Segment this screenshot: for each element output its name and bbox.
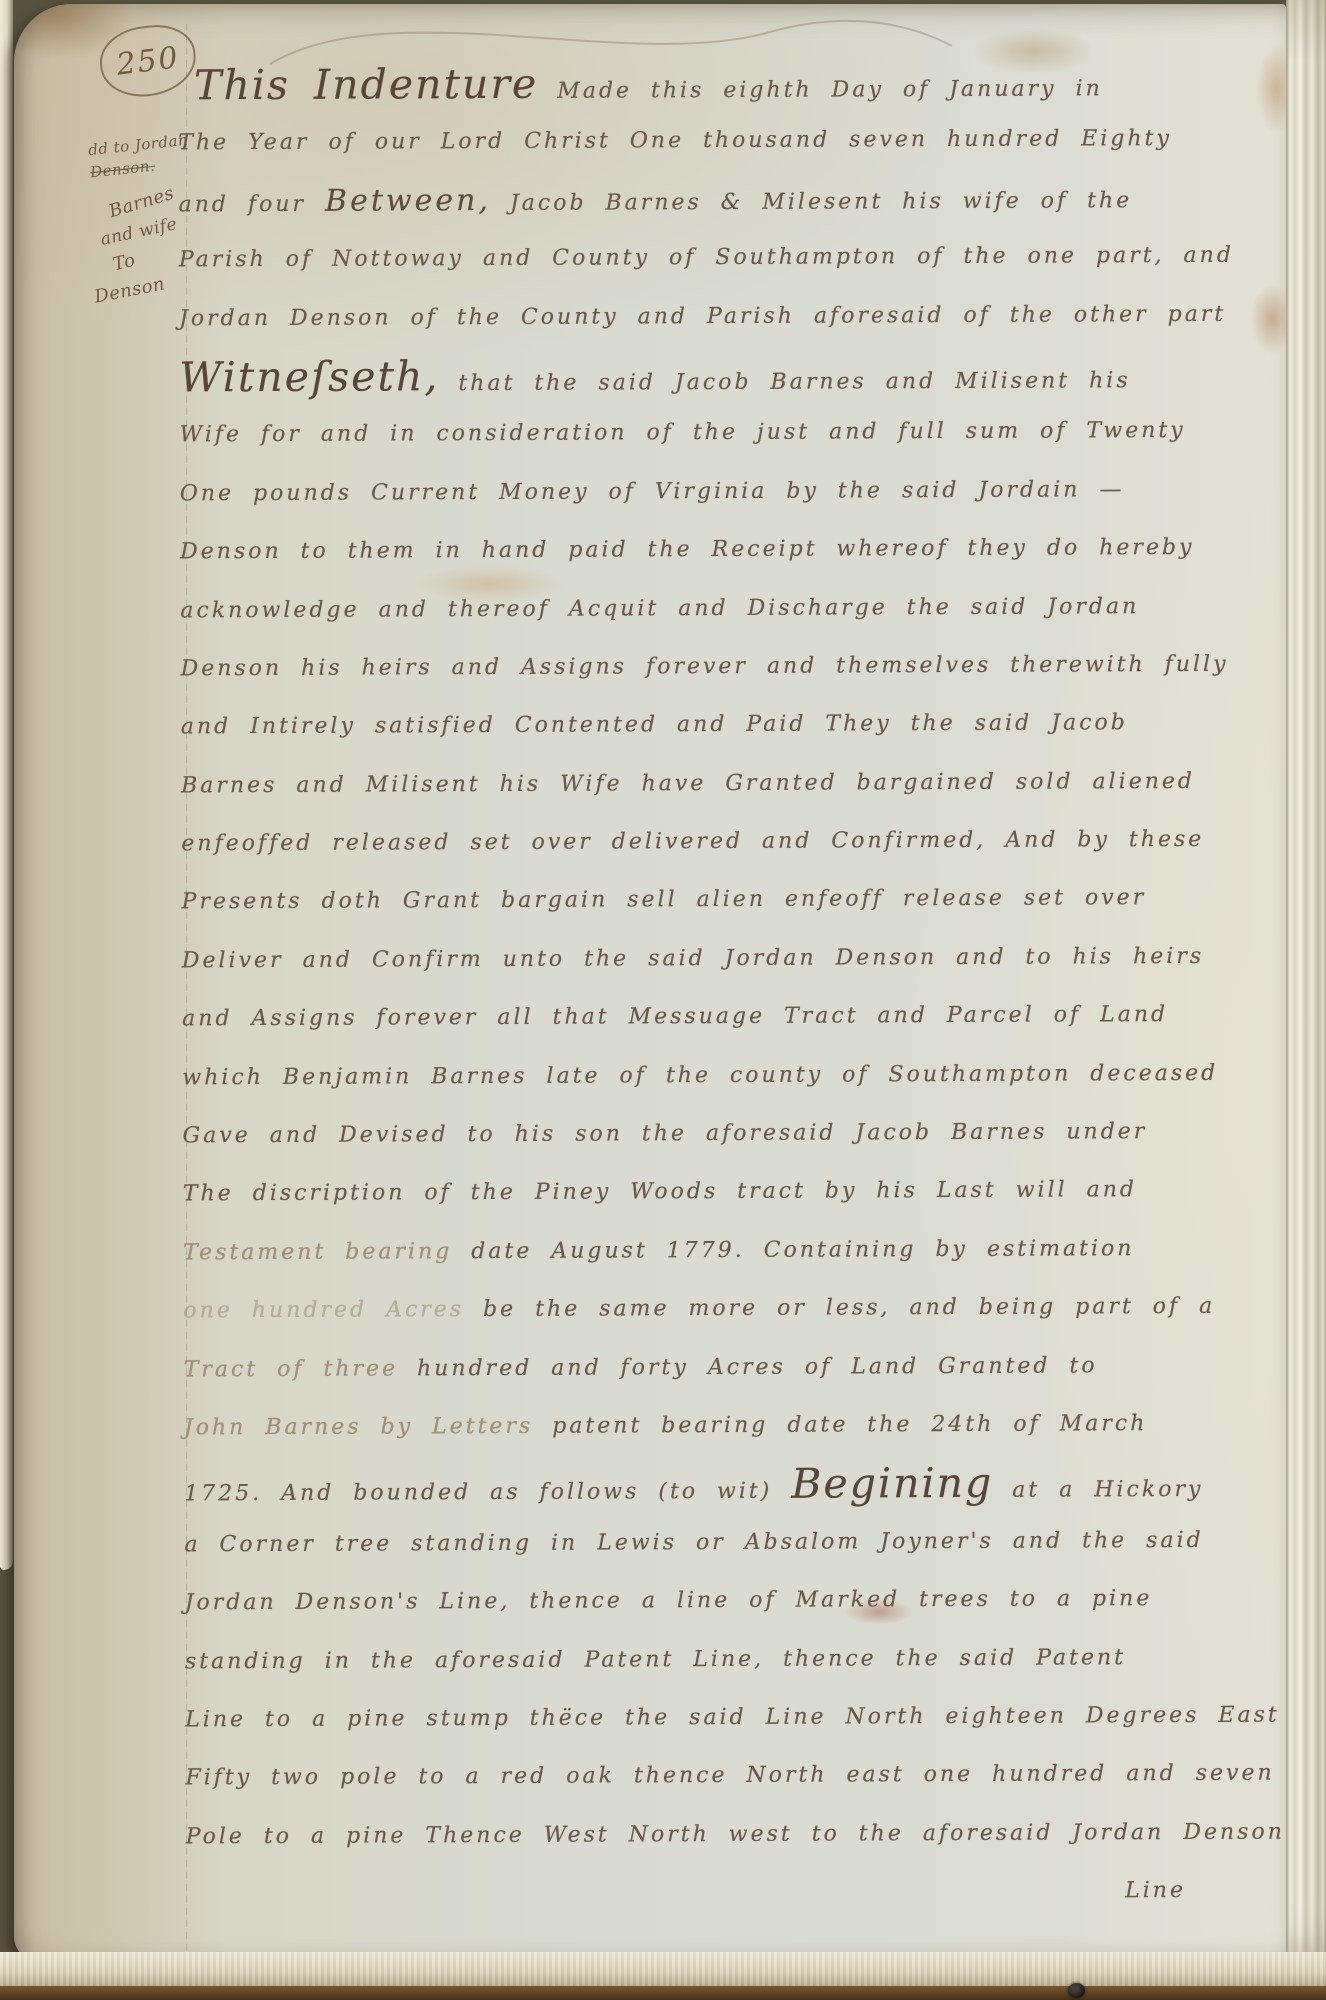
line-segment: which Benjamin Barnes late of the county… xyxy=(182,1060,1218,1090)
page-number: 250 xyxy=(114,40,181,82)
line-segment: that the said Jacob Barnes and Milisent … xyxy=(439,368,1130,396)
line-segment: Denson to them in hand paid the Receipt … xyxy=(180,535,1194,564)
line-segment: acknowledge and thereof Acquit and Disch… xyxy=(180,594,1139,623)
line-segment: 1725. And bounded as follows (to wit) xyxy=(184,1479,791,1507)
line-segment: Wife for and in consideration of the jus… xyxy=(180,418,1186,447)
document-line: Line to a pine stump thëce the said Line… xyxy=(185,1687,1259,1750)
line-segment: at a Hickory xyxy=(993,1477,1203,1503)
line-segment: Tract of three xyxy=(184,1356,418,1382)
line-segment: Deliver and Confirm unto the said Jordan… xyxy=(182,944,1204,973)
stacked-page-edges xyxy=(1286,0,1326,1966)
line-segment: hundred and forty Acres of Land Granted … xyxy=(417,1353,1098,1381)
document-line: One pounds Current Money of Virginia by … xyxy=(180,460,1254,523)
margin-note: Denson. xyxy=(89,157,156,182)
record-book: 250 dd to JordanDenson.Barnesand wifeToD… xyxy=(0,0,1326,2000)
margin-note: dd to Jordan xyxy=(87,131,189,159)
line-segment: Barnes and Milisent his Wife have Grante… xyxy=(181,769,1195,798)
document-line: This Indenture Made this eighth Day of J… xyxy=(178,52,1252,115)
document-line: John Barnes by Letters patent bearing da… xyxy=(184,1395,1258,1458)
document-line: Testament bearing date August 1779. Cont… xyxy=(183,1219,1257,1282)
line-segment: patent bearing date the 24th of March xyxy=(552,1411,1147,1439)
line-segment: Line xyxy=(1125,1878,1186,1903)
line-segment: One pounds Current Money of Virginia by … xyxy=(180,477,1125,506)
line-segment: enfeoffed released set over delivered an… xyxy=(181,827,1204,856)
line-segment: Witneſseth, xyxy=(179,352,439,401)
document-line: Jordan Denson's Line, thence a line of M… xyxy=(185,1570,1259,1633)
manuscript-page: 250 dd to JordanDenson.Barnesand wifeToD… xyxy=(14,4,1286,1962)
line-segment: a Corner tree standing in Lewis or Absal… xyxy=(184,1528,1203,1557)
line-segment: standing in the aforesaid Patent Line, t… xyxy=(185,1645,1126,1674)
binding-cloth xyxy=(0,1952,1326,1988)
stain xyxy=(1256,44,1286,134)
document-line: which Benjamin Barnes late of the county… xyxy=(182,1044,1256,1107)
line-segment: Begining xyxy=(791,1459,993,1508)
document-line: enfeoffed released set over delivered an… xyxy=(181,811,1255,874)
document-line: Fifty two pole to a red oak thence North… xyxy=(185,1745,1259,1808)
document-line: and Assigns forever all that Messuage Tr… xyxy=(182,986,1256,1049)
line-segment: date August 1779. Containing by estimati… xyxy=(452,1236,1134,1264)
line-segment: and four xyxy=(179,191,326,217)
table-edge xyxy=(0,1986,1326,2000)
document-line: 1725. And bounded as follows (to wit) Be… xyxy=(184,1453,1258,1516)
document-line: The Year of our Lord Christ One thousand… xyxy=(178,110,1252,173)
line-segment: Presents doth Grant bargain sell alien e… xyxy=(182,886,1147,915)
document-line: Line xyxy=(186,1862,1260,1925)
document-line: Gave and Devised to his son the aforesai… xyxy=(183,1103,1257,1166)
line-segment: and Assigns forever all that Messuage Tr… xyxy=(182,1002,1168,1031)
line-segment: This Indenture xyxy=(194,60,538,110)
margin-note: Denson xyxy=(93,273,167,307)
document-line: Witneſseth, that the said Jacob Barnes a… xyxy=(179,344,1253,407)
margin-note: To xyxy=(111,250,138,276)
line-segment: one hundred Acres xyxy=(183,1297,483,1323)
document-line: The discription of the Piney Woods tract… xyxy=(183,1161,1257,1224)
line-segment: Jordan Denson of the County and Parish a… xyxy=(179,301,1226,331)
stain xyxy=(1250,284,1286,354)
document-line: Parish of Nottoway and County of Southam… xyxy=(179,227,1253,290)
document-line: standing in the aforesaid Patent Line, t… xyxy=(185,1628,1259,1691)
document-line: Tract of three hundred and forty Acres o… xyxy=(184,1336,1258,1399)
document-line: Denson to them in hand paid the Receipt … xyxy=(180,519,1254,582)
document-line: Pole to a pine Thence West North west to… xyxy=(186,1803,1260,1866)
line-segment: Jacob Barnes & Milesent his wife of the xyxy=(491,188,1132,216)
line-segment: and Intirely satisfied Contented and Pai… xyxy=(181,711,1128,740)
line-segment: Fifty two pole to a red oak thence North… xyxy=(185,1761,1274,1791)
line-segment: Made this eighth Day of January in xyxy=(538,76,1103,103)
line-segment: Gave and Devised to his son the aforesai… xyxy=(183,1119,1148,1148)
document-line: Barnes and Milisent his Wife have Grante… xyxy=(181,752,1255,815)
binding-bolt-icon xyxy=(1068,1983,1085,1998)
line-segment: Pole to a pine Thence West North west to… xyxy=(186,1819,1286,1849)
document-line: and four Between, Jacob Barnes & Milesen… xyxy=(178,168,1252,231)
document-line: and Intirely satisfied Contented and Pai… xyxy=(181,694,1255,757)
line-segment: Jordan Denson's Line, thence a line of M… xyxy=(185,1586,1153,1615)
line-segment: John Barnes by Letters xyxy=(184,1414,552,1441)
line-segment: Parish of Nottoway and County of Southam… xyxy=(179,243,1234,273)
line-segment: Denson his heirs and Assigns forever and… xyxy=(181,652,1229,682)
document-line: Jordan Denson of the County and Parish a… xyxy=(179,285,1253,348)
adjacent-page-edge xyxy=(0,0,13,1570)
line-segment: Testament bearing xyxy=(183,1239,452,1265)
document-text: This Indenture Made this eighth Day of J… xyxy=(178,52,1260,1925)
document-line: Wife for and in consideration of the jus… xyxy=(179,402,1253,465)
document-line: one hundred Acres be the same more or le… xyxy=(183,1278,1257,1341)
line-segment: Line to a pine stump thëce the said Line… xyxy=(185,1702,1280,1732)
document-line: Presents doth Grant bargain sell alien e… xyxy=(181,869,1255,932)
document-line: Denson his heirs and Assigns forever and… xyxy=(180,636,1254,699)
line-segment: Between, xyxy=(325,183,491,219)
line-segment: The discription of the Piney Woods tract… xyxy=(183,1178,1137,1207)
document-line: a Corner tree standing in Lewis or Absal… xyxy=(184,1511,1258,1574)
line-segment: The Year of our Lord Christ One thousand… xyxy=(178,126,1172,155)
line-segment: be the same more or less, and being part… xyxy=(483,1294,1215,1322)
document-line: acknowledge and thereof Acquit and Disch… xyxy=(180,577,1254,640)
document-line: Deliver and Confirm unto the said Jordan… xyxy=(182,928,1256,991)
